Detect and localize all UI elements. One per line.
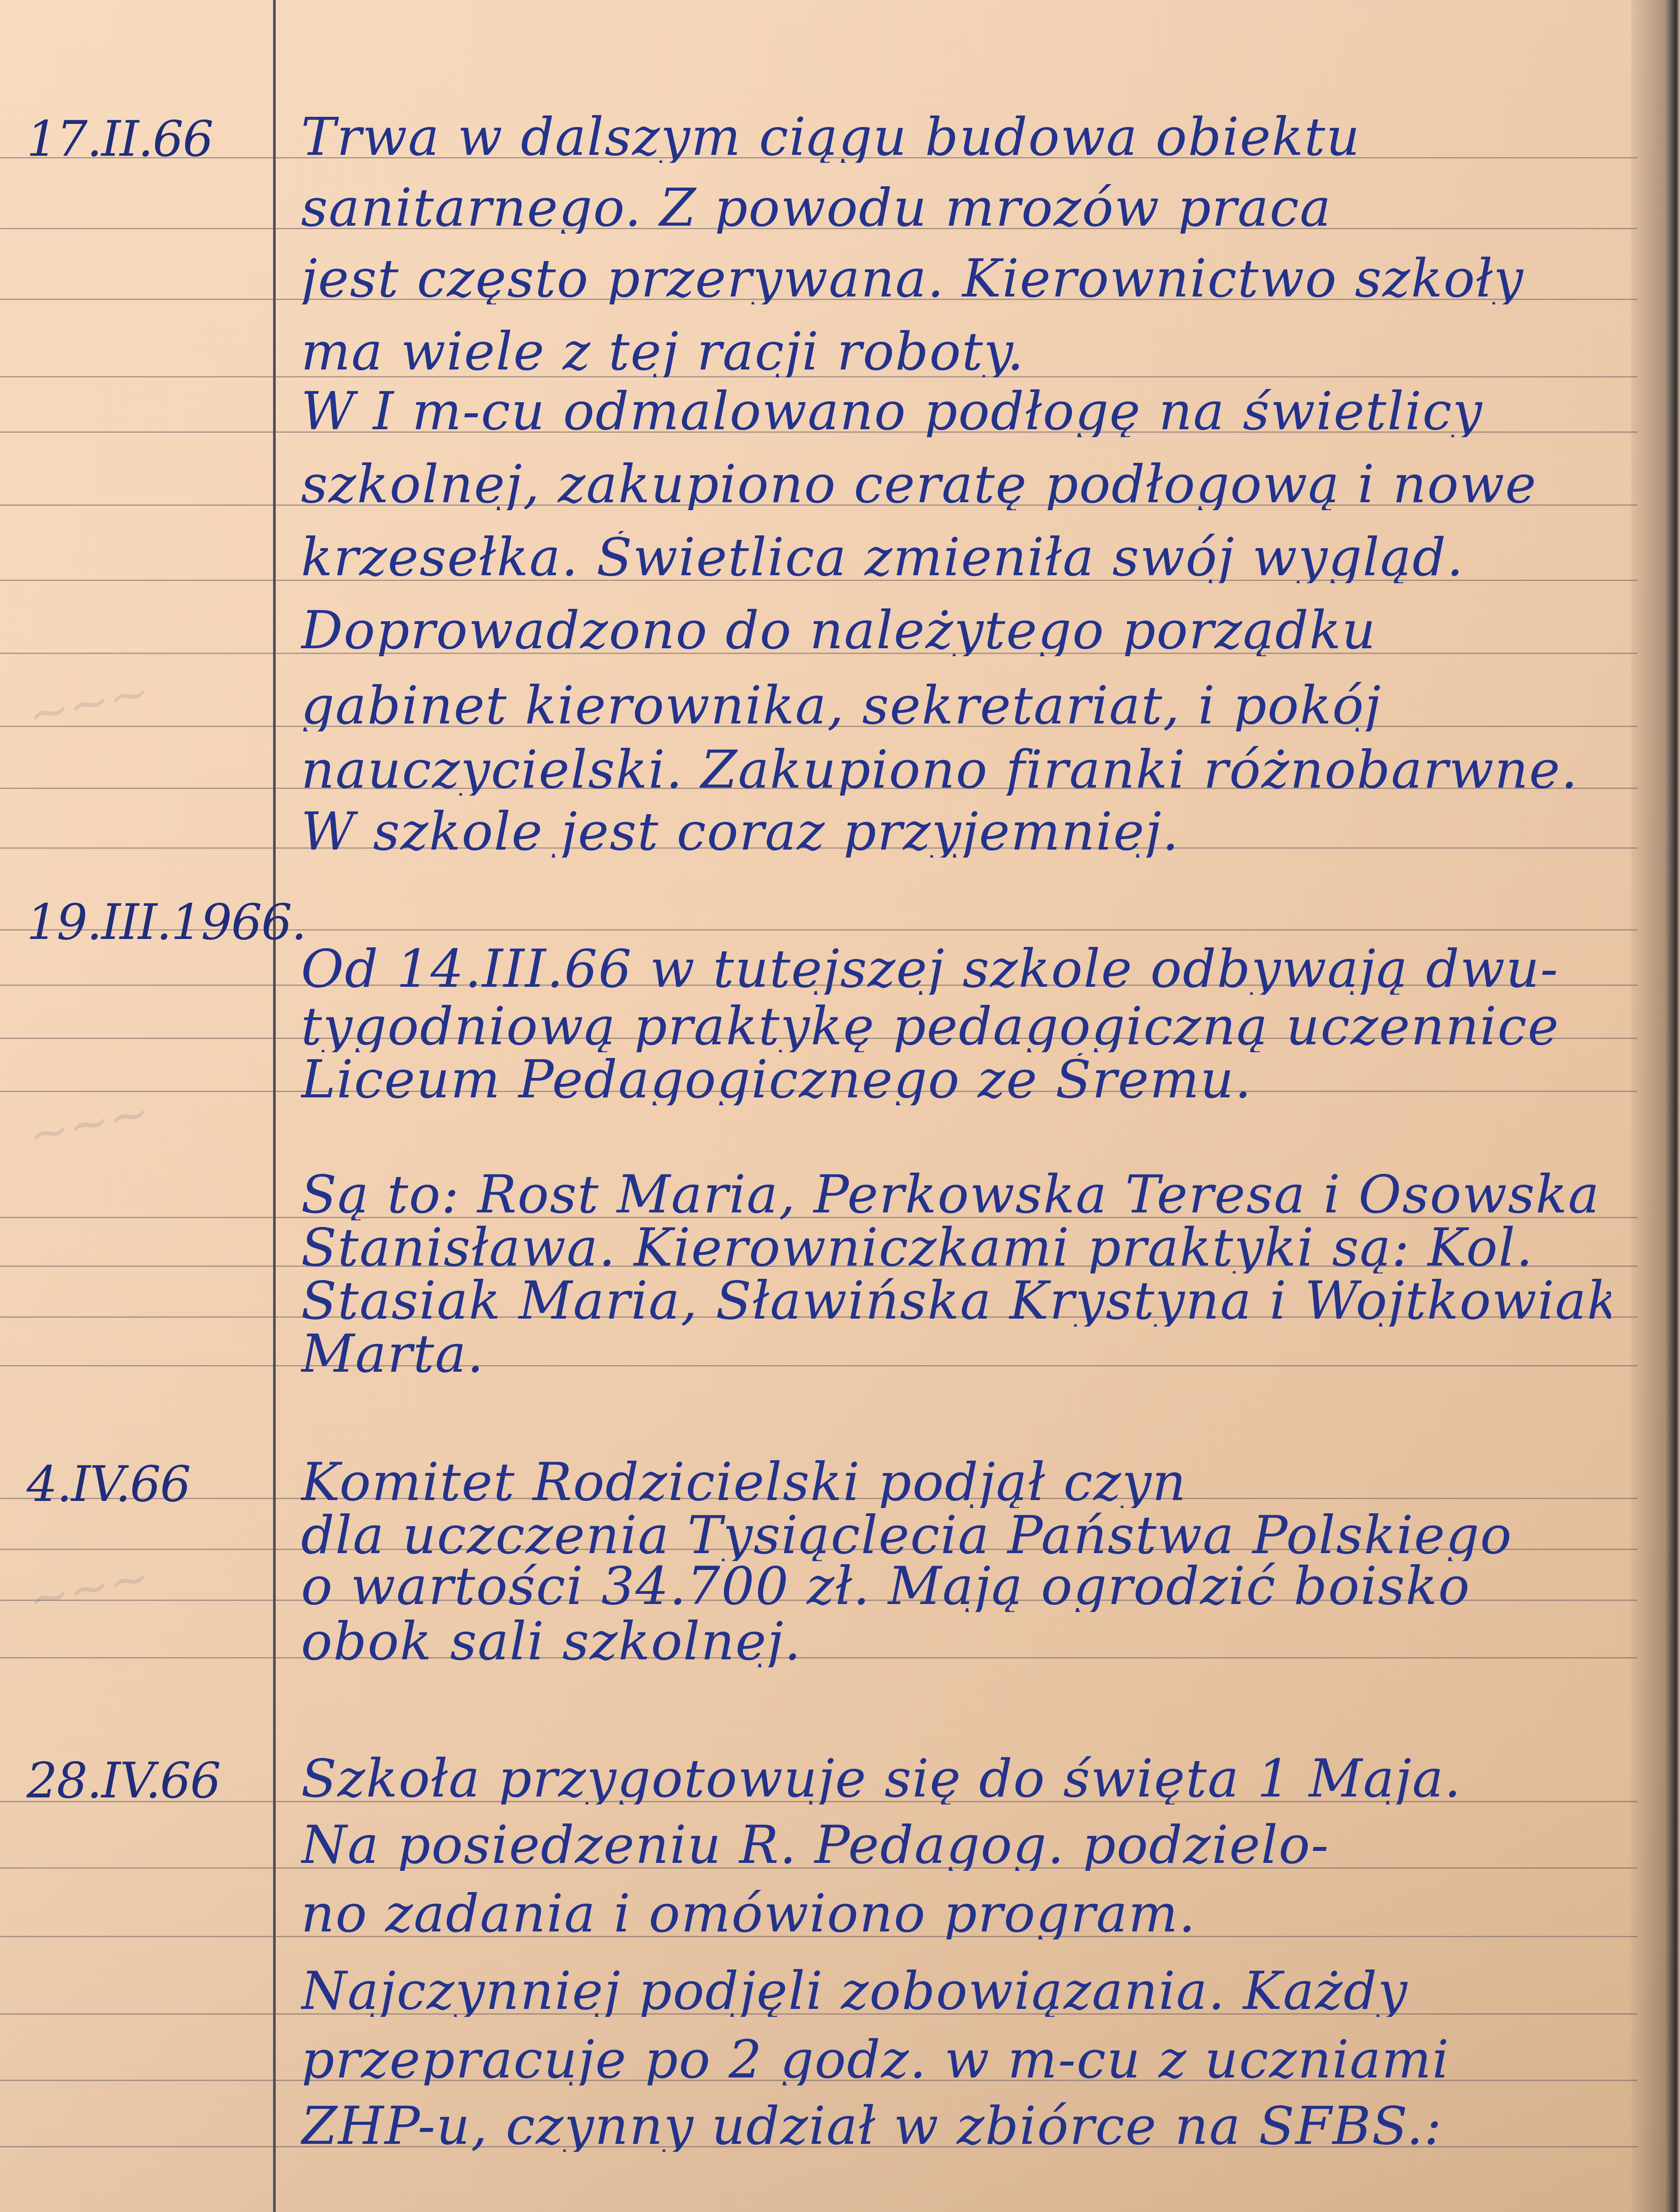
entry-line: Trwa w dalszym ciągu budowa obiektu (301, 111, 1611, 163)
bleed-through-mark: ~~~ (23, 640, 260, 743)
entry-line: W I m-cu odmalowano podłogę na świetlicy (301, 385, 1611, 437)
entry-line: ma wiele z tej racji roboty. (301, 325, 1611, 377)
entry-line: tygodniową praktykę pedagogiczną uczenni… (301, 1000, 1611, 1052)
entry-line: Doprowadzono do należytego porządku (301, 604, 1611, 656)
entry-line: Stasiak Maria, Sławińska Krystyna i Wojt… (301, 1274, 1611, 1327)
page-edge-binding (1631, 0, 1680, 2212)
entry-line: Marta. (301, 1327, 1611, 1380)
entry-line: dla uczczenia Tysiąclecia Państwa Polski… (301, 1509, 1611, 1561)
entry-date: 19.III.1966. (27, 894, 266, 950)
entry-line: obok sali szkolnej. (301, 1615, 1611, 1667)
bleed-through-mark: ~~~ (23, 1061, 260, 1164)
entry-line: krzesełka. Świetlica zmieniła swój wyglą… (301, 531, 1611, 583)
entry-line: W szkole jest coraz przyjemniej. (301, 805, 1611, 858)
entry-line: Są to: Rost Maria, Perkowska Teresa i Os… (301, 1168, 1611, 1220)
entry-line: o wartości 34.700 zł. Mają ogrodzić bois… (301, 1560, 1611, 1612)
entry-line: gabinet kierownika, sekretariat, i pokój (301, 679, 1611, 731)
bleed-through-mark: ~~~ (23, 1525, 260, 1628)
entry-line: Od 14.III.66 w tutejszej szkole odbywają… (301, 943, 1611, 995)
entry-line: no zadania i omówiono program. (301, 1887, 1611, 1939)
entry-line: jest często przerywana. Kierownictwo szk… (301, 252, 1611, 304)
entry-line: Liceum Pedagogicznego ze Śremu. (301, 1053, 1611, 1105)
entry-line: Stanisława. Kierowniczkami praktyki są: … (301, 1221, 1611, 1273)
entry-line: ZHP-u, czynny udział w zbiórce na SFBS.: (301, 2100, 1611, 2152)
entry-line: szkolnej, zakupiono ceratę podłogową i n… (301, 458, 1611, 510)
entry-date: 4.IV.66 (27, 1456, 266, 1512)
entry-line: Na posiedzeniu R. Pedagog. podzielo- (301, 1819, 1611, 1871)
entry-line: nauczycielski. Zakupiono firanki różnoba… (301, 743, 1611, 796)
entry-line: Szkoła przygotowuje się do święta 1 Maja… (301, 1752, 1611, 1804)
entry-line: sanitarnego. Z powodu mrozów praca (301, 181, 1611, 234)
entry-date: 28.IV.66 (27, 1752, 266, 1809)
entry-line: Najczynniej podjęli zobowiązania. Każdy (301, 1965, 1611, 2017)
entry-date: 17.II.66 (27, 111, 266, 167)
entry-line: przepracuje po 2 godz. w m-cu z uczniami (301, 2033, 1611, 2085)
notebook-page: ~~~ ~~~ ~~~ 17.II.66 Trwa w dalszym ciąg… (0, 0, 1680, 2212)
entry-line: Komitet Rodzicielski podjął czyn (301, 1456, 1611, 1508)
date-column-divider (273, 0, 276, 2212)
